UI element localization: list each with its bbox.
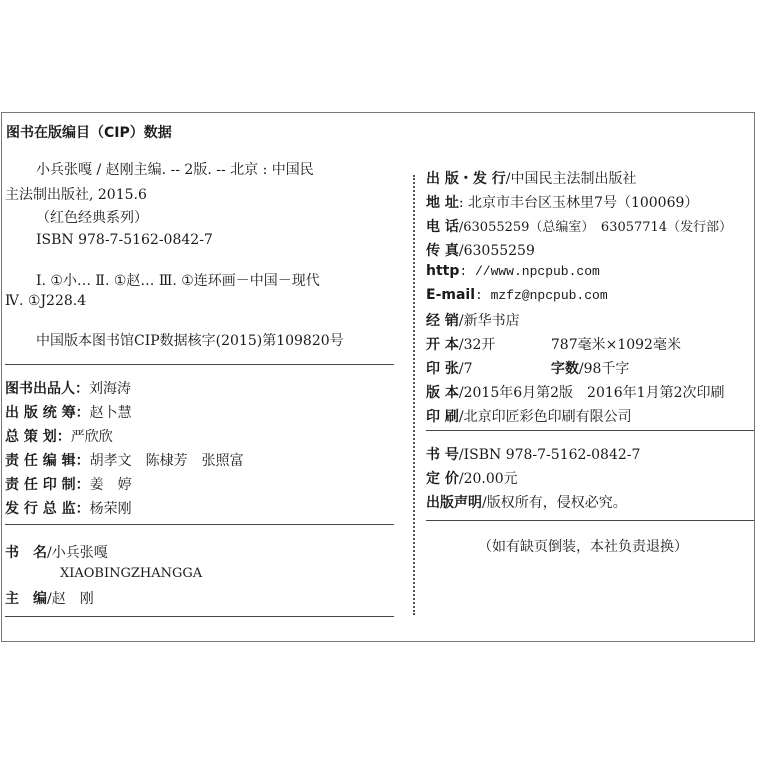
address-value: : 北京市丰台区玉林里7号（100069）: [459, 195, 699, 211]
staff-row: 总 策 划：严欣欣: [5, 426, 113, 446]
staff-value: 严欣欣: [71, 429, 113, 445]
email-link[interactable]: : mzfz@npcpub.com: [475, 288, 608, 303]
format-label: 开 本: [426, 337, 459, 353]
format-size: 787毫米×1092毫米: [551, 337, 681, 353]
cip-classification-2: Ⅳ. ①J228.4: [5, 293, 86, 309]
book-title-value: /小兵张嘎: [47, 545, 108, 561]
book-number-label: 书 号: [426, 447, 459, 463]
column-separator: [413, 175, 415, 615]
sheets-value: /7: [459, 361, 551, 377]
staff-value: 胡孝文 陈棣芳 张照富: [90, 453, 244, 469]
printer-row: 印 刷/北京印匠彩色印刷有限公司: [426, 406, 632, 426]
staff-row: 责 任 编 辑：胡孝文 陈棣芳 张照富: [5, 450, 244, 470]
fax-label: 传 真: [426, 243, 459, 259]
rights-value: /版权所有，侵权必究。: [482, 495, 627, 511]
book-editor-label: 主 编: [5, 591, 47, 607]
fax-row: 传 真/63055259: [426, 240, 535, 260]
distributor-label: 经 销: [426, 313, 459, 329]
staff-row: 发 行 总 监：杨荣刚: [5, 498, 132, 518]
phone-value: /63055259（总编室） 63057714（发行部）: [459, 220, 732, 235]
divider: [426, 430, 754, 431]
edition-value: /2015年6月第2版 2016年1月第2次印刷: [459, 385, 725, 401]
cip-verification: 中国版本图书馆CIP数据核字(2015)第109820号: [36, 330, 344, 350]
printer-value: /北京印匠彩色印刷有限公司: [459, 409, 632, 425]
divider: [5, 524, 394, 525]
edition-row: 版 本/2015年6月第2版 2016年1月第2次印刷: [426, 382, 724, 402]
format-row: 开 本/32开787毫米×1092毫米: [426, 334, 681, 354]
word-count-value: /98千字: [579, 361, 630, 377]
price-row: 定 价/20.00元: [426, 468, 518, 488]
divider: [5, 364, 394, 365]
replacement-notice: （如有缺页倒装，本社负责退换）: [478, 536, 688, 556]
website-row: http: //www.npcpub.com: [426, 263, 600, 279]
website-link[interactable]: : //www.npcpub.com: [459, 264, 599, 279]
book-number-value: /ISBN 978-7-5162-0842-7: [459, 447, 641, 463]
staff-value: 刘海涛: [89, 381, 131, 397]
cip-line1: 小兵张嘎 / 赵刚主编. -- 2版. -- 北京 : 中国民: [36, 159, 314, 179]
staff-label: 出 版 统 筹：: [5, 405, 90, 421]
book-title-label: 书 名: [5, 545, 47, 561]
staff-label: 图书出品人：: [5, 381, 89, 397]
email-label: E-mail: [426, 287, 475, 303]
sheets-label: 印 张: [426, 361, 459, 377]
address-label: 地 址: [426, 195, 459, 211]
sheets-row: 印 张/7字数/98千字: [426, 358, 629, 378]
publisher-label: 出 版・发 行: [426, 171, 506, 187]
staff-label: 责 任 编 辑：: [5, 453, 90, 469]
book-title-pinyin: XIAOBINGZHANGGA: [60, 566, 202, 581]
email-row: E-mail: mzfz@npcpub.com: [426, 287, 608, 303]
price-label: 定 价: [426, 471, 459, 487]
divider: [5, 616, 394, 617]
publisher-value: /中国民主法制出版社: [506, 171, 637, 187]
distributor-value: /新华书店: [459, 313, 520, 329]
rights-label: 出版声明: [426, 495, 482, 511]
address-row: 地 址: 北京市丰台区玉林里7号（100069）: [426, 192, 698, 212]
staff-row: 图书出品人：刘海涛: [5, 378, 131, 398]
phone-label: 电 话: [426, 219, 459, 235]
staff-row: 责 任 印 制：姜 婷: [5, 474, 132, 494]
cip-series: （红色经典系列）: [36, 207, 148, 227]
staff-row: 出 版 统 筹：赵卜慧: [5, 402, 132, 422]
fax-value: /63055259: [459, 243, 535, 259]
cip-isbn: ISBN 978-7-5162-0842-7: [36, 232, 213, 248]
edition-label: 版 本: [426, 385, 459, 401]
cip-line2: 主法制出版社, 2015.6: [5, 184, 147, 204]
cip-classification-1: Ⅰ. ①小… Ⅱ. ①赵… Ⅲ. ①连环画－中国－现代: [36, 270, 320, 290]
book-editor-value: /赵 刚: [47, 591, 94, 607]
staff-value: 赵卜慧: [90, 405, 132, 421]
staff-value: 姜 婷: [90, 477, 132, 493]
phone-row: 电 话/63055259（总编室） 63057714（发行部）: [426, 216, 732, 236]
staff-label: 总 策 划：: [5, 429, 71, 445]
divider: [426, 520, 754, 521]
book-title-row: 书 名/小兵张嘎: [5, 542, 108, 562]
staff-label: 责 任 印 制：: [5, 477, 90, 493]
book-number-row: 书 号/ISBN 978-7-5162-0842-7: [426, 444, 640, 464]
publisher-row: 出 版・发 行/中国民主法制出版社: [426, 168, 636, 188]
website-label: http: [426, 263, 459, 279]
cip-heading: 图书在版编目（CIP）数据: [6, 122, 172, 142]
staff-value: 杨荣刚: [90, 501, 132, 517]
format-value: /32开: [459, 334, 551, 354]
printer-label: 印 刷: [426, 409, 459, 425]
distributor-row: 经 销/新华书店: [426, 310, 520, 330]
staff-label: 发 行 总 监：: [5, 501, 90, 517]
rights-row: 出版声明/版权所有，侵权必究。: [426, 492, 627, 512]
word-count-label: 字数: [551, 361, 579, 377]
price-value: /20.00元: [459, 471, 518, 487]
book-editor-row: 主 编/赵 刚: [5, 588, 94, 608]
